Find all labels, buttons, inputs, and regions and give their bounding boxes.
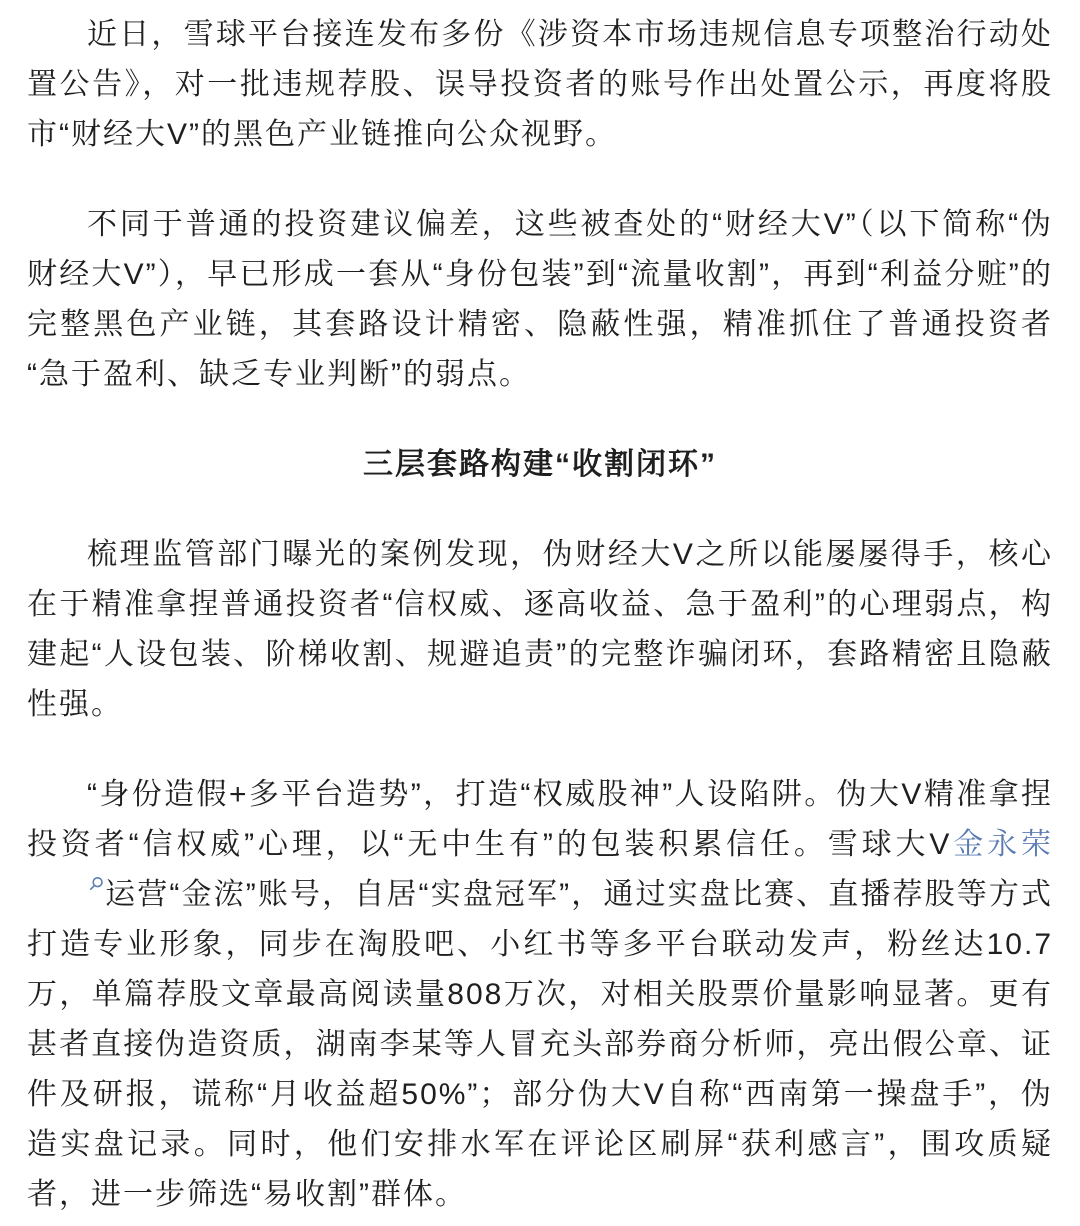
case-text-before-link: “身份造假+多平台造势”，打造“权威股神”人设陷阱。伪大V精准拿捏投资者“信权威… (27, 778, 1053, 861)
profile-link-label[interactable]: 金永荣 (951, 828, 1053, 861)
article-body: 近日，雪球平台接连发布多份《涉资本市场违规信息专项整治行动处置公告》，对一批违规… (0, 0, 1080, 1226)
paragraph-overview: 不同于普通的投资建议偏差，这些被查处的“财经大V”（以下简称“伪财经大V”），早… (27, 200, 1053, 400)
paragraph-case-detail: “身份造假+多平台造势”，打造“权威股神”人设陷阱。伪大V精准拿捏投资者“信权威… (27, 770, 1053, 1220)
section-heading: 三层套路构建“收割闭环” (27, 440, 1053, 490)
search-icon[interactable] (28, 876, 104, 892)
case-text-after-link: 运营“金浤”账号，自居“实盘冠军”，通过实盘比赛、直播荐股等方式打造专业形象，同… (27, 878, 1053, 1211)
paragraph-intro: 近日，雪球平台接连发布多份《涉资本市场违规信息专项整治行动处置公告》，对一批违规… (27, 10, 1053, 160)
paragraph-analysis: 梳理监管部门曝光的案例发现，伪财经大V之所以能屡屡得手，核心在于精准拿捏普通投资… (27, 530, 1053, 730)
